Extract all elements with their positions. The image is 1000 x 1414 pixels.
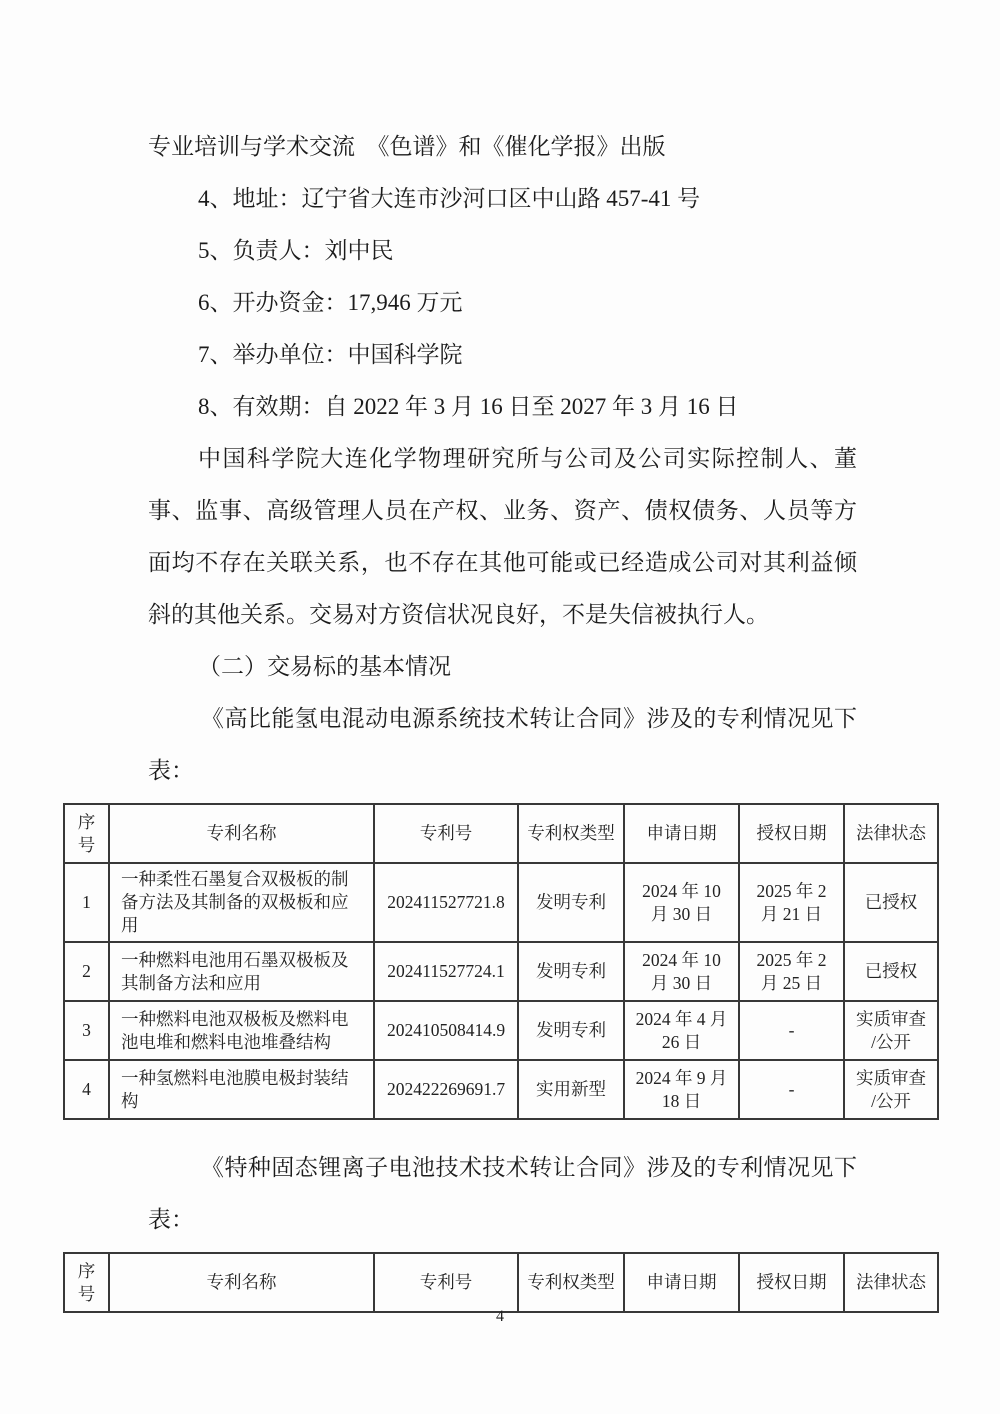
patent-table-1: 序 号专利名称专利号专利权类型申请日期授权日期法律状态 1一种柔性石墨复合双极板…	[63, 803, 939, 1120]
list-item-address: 4、地址：辽宁省大连市沙河口区中山路 457-41 号	[198, 173, 900, 225]
column-header: 专利权类型	[518, 1253, 624, 1312]
table-cell: 已授权	[844, 942, 938, 1001]
list-item-principal: 5、负责人：刘中民	[198, 225, 900, 277]
intro-line: 专业培训与学术交流 《色谱》和《催化学报》出版	[148, 121, 860, 173]
column-header: 法律状态	[844, 804, 938, 863]
table-cell: 一种柔性石墨复合双极板的制备方法及其制备的双极板和应用	[109, 863, 374, 942]
document-content: 专业培训与学术交流 《色谱》和《催化学报》出版 4、地址：辽宁省大连市沙河口区中…	[0, 0, 1000, 1313]
table-cell: 2024 年 10 月 30 日	[624, 863, 739, 942]
column-header: 授权日期	[739, 804, 844, 863]
table-cell: 1	[64, 863, 109, 942]
table-header-row: 序 号专利名称专利号专利权类型申请日期授权日期法律状态	[64, 1253, 938, 1312]
table-cell: 2025 年 2 月 25 日	[739, 942, 844, 1001]
list-item-organizer: 7、举办单位：中国科学院	[198, 329, 900, 381]
table-row: 2一种燃料电池用石墨双极板及其制备方法和应用202411527724.1发明专利…	[64, 942, 938, 1001]
column-header: 序 号	[64, 1253, 109, 1312]
table-cell: 发明专利	[518, 863, 624, 942]
table-cell: 2024 年 4 月 26 日	[624, 1001, 739, 1060]
column-header: 法律状态	[844, 1253, 938, 1312]
table-cell: 202422269691.7	[374, 1060, 518, 1119]
table-cell: 202411527724.1	[374, 942, 518, 1001]
table-cell: -	[739, 1001, 844, 1060]
table-cell: 实质审查 /公开	[844, 1001, 938, 1060]
table-cell: 实质审查 /公开	[844, 1060, 938, 1119]
table-cell: 一种氢燃料电池膜电极封装结构	[109, 1060, 374, 1119]
table-cell: 202410508414.9	[374, 1001, 518, 1060]
table-header-row: 序 号专利名称专利号专利权类型申请日期授权日期法律状态	[64, 804, 938, 863]
column-header: 专利号	[374, 804, 518, 863]
table1-intro: 《高比能氢电混动电源系统技术转让合同》涉及的专利情况见下表：	[148, 693, 857, 797]
table-cell: 一种燃料电池用石墨双极板及其制备方法和应用	[109, 942, 374, 1001]
table-cell: 3	[64, 1001, 109, 1060]
table-row: 4一种氢燃料电池膜电极封装结构202422269691.7实用新型2024 年 …	[64, 1060, 938, 1119]
table-cell: 2024 年 9 月 18 日	[624, 1060, 739, 1119]
column-header: 专利权类型	[518, 804, 624, 863]
list-item-capital: 6、开办资金：17,946 万元	[198, 277, 900, 329]
table-cell: 一种燃料电池双极板及燃料电池电堆和燃料电池堆叠结构	[109, 1001, 374, 1060]
patent-table-2: 序 号专利名称专利号专利权类型申请日期授权日期法律状态	[63, 1252, 939, 1313]
column-header: 申请日期	[624, 1253, 739, 1312]
column-header: 专利名称	[109, 1253, 374, 1312]
table-row: 1一种柔性石墨复合双极板的制备方法及其制备的双极板和应用202411527721…	[64, 863, 938, 942]
table2-intro: 《特种固态锂离子电池技术技术转让合同》涉及的专利情况见下表：	[148, 1142, 857, 1246]
table-cell: 2025 年 2 月 21 日	[739, 863, 844, 942]
column-header: 授权日期	[739, 1253, 844, 1312]
column-header: 专利号	[374, 1253, 518, 1312]
table-cell: 4	[64, 1060, 109, 1119]
table-cell: -	[739, 1060, 844, 1119]
table-cell: 发明专利	[518, 942, 624, 1001]
document-page: 专业培训与学术交流 《色谱》和《催化学报》出版 4、地址：辽宁省大连市沙河口区中…	[0, 0, 1000, 1414]
table-cell: 2	[64, 942, 109, 1001]
column-header: 申请日期	[624, 804, 739, 863]
table-cell: 实用新型	[518, 1060, 624, 1119]
column-header: 序 号	[64, 804, 109, 863]
list-item-validity: 8、有效期：自 2022 年 3 月 16 日至 2027 年 3 月 16 日	[198, 381, 900, 433]
table-row: 3一种燃料电池双极板及燃料电池电堆和燃料电池堆叠结构202410508414.9…	[64, 1001, 938, 1060]
section-heading: （二）交易标的基本情况	[198, 641, 1000, 693]
relationship-paragraph: 中国科学院大连化学物理研究所与公司及公司实际控制人、董事、监事、高级管理人员在产…	[148, 433, 857, 641]
table-cell: 已授权	[844, 863, 938, 942]
table-cell: 202411527721.8	[374, 863, 518, 942]
column-header: 专利名称	[109, 804, 374, 863]
table-cell: 2024 年 10 月 30 日	[624, 942, 739, 1001]
page-number: 4	[0, 1308, 1000, 1326]
table-cell: 发明专利	[518, 1001, 624, 1060]
